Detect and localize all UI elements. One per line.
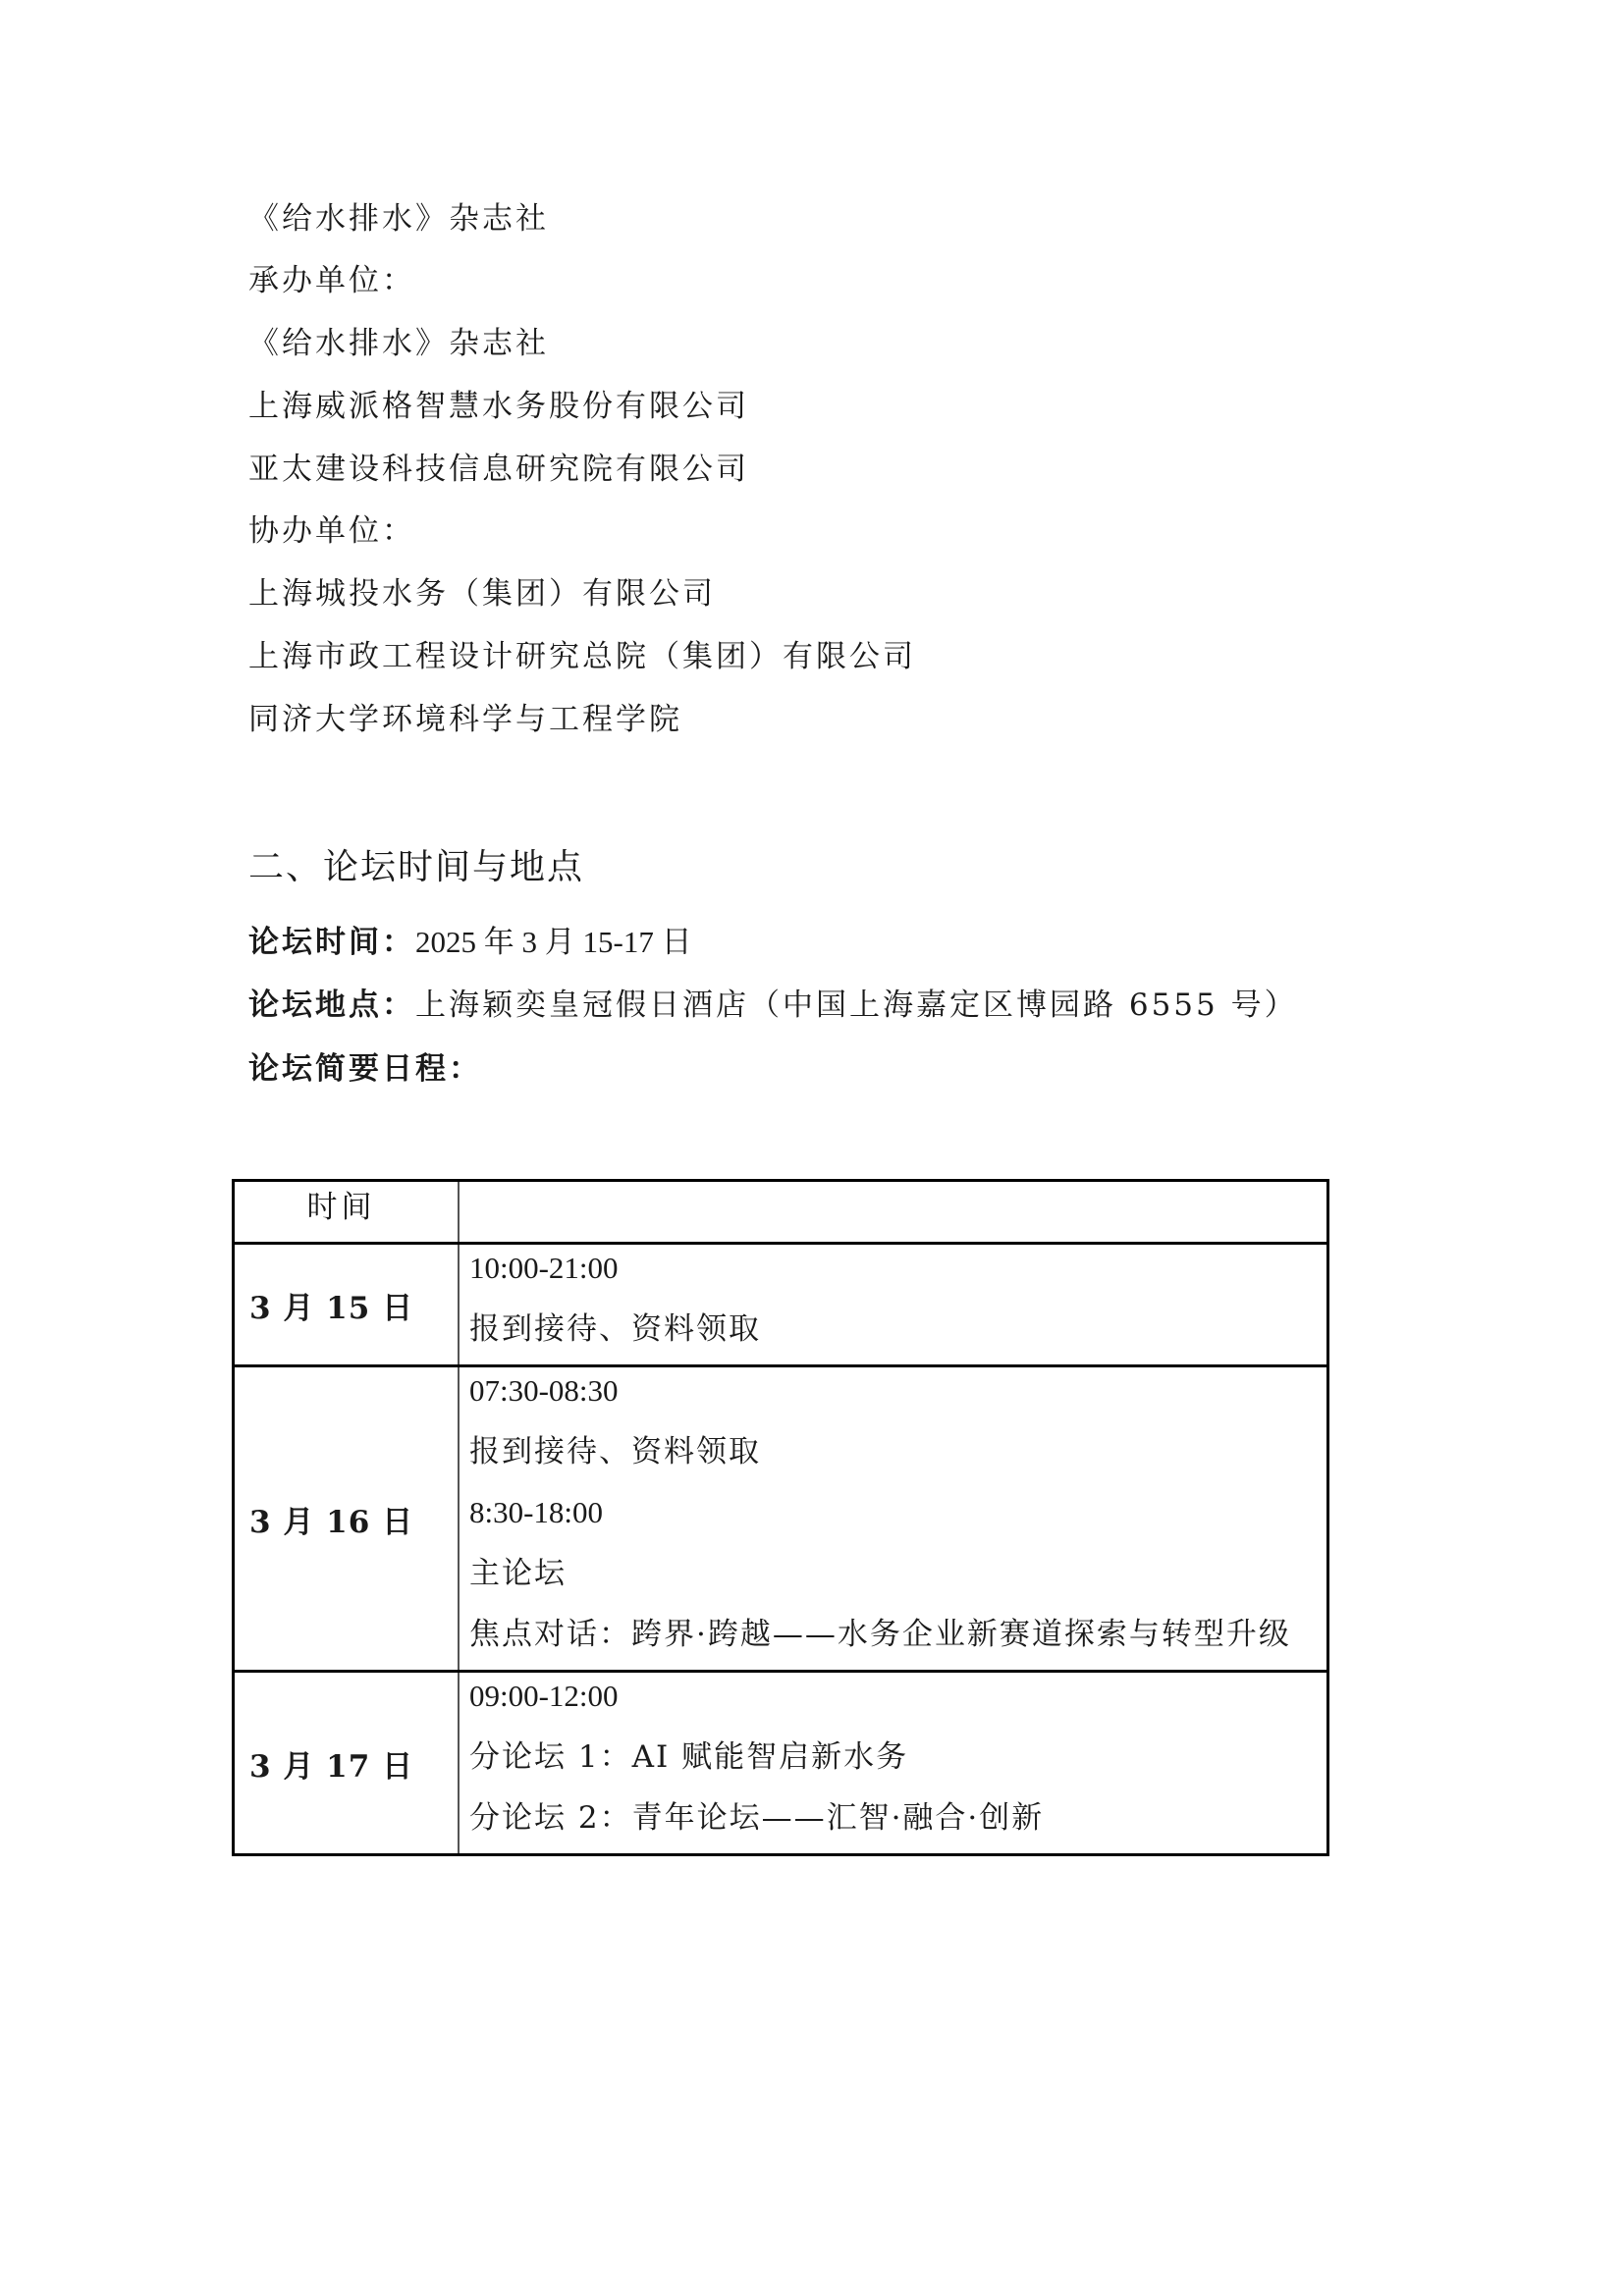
table-row: 3 月 17 日 09:00-12:00 分论坛 1：AI 赋能智启新水务 分论… [234, 1672, 1328, 1855]
time-slot: 09:00-12:00 [469, 1677, 1326, 1737]
activity: 报到接待、资料领取 [469, 1432, 1326, 1493]
forum-place-value: 上海颖奕皇冠假日酒店（中国上海嘉定区博园路 6555 号） [415, 988, 1298, 1023]
assisting-label: 协办单位： [248, 511, 415, 551]
host-organizer: 《给水排水》杂志社 [248, 199, 549, 239]
section-heading: 二、论坛时间与地点 [248, 846, 584, 889]
activity: 主论坛 [469, 1554, 1326, 1615]
table-row: 3 月 16 日 07:30-08:30 报到接待、资料领取 8:30-18:0… [234, 1366, 1328, 1672]
co-organizer-label: 承办单位： [248, 261, 415, 300]
table-row: 3 月 15 日 10:00-21:00 报到接待、资料领取 [234, 1244, 1328, 1366]
assisting-item: 同济大学环境科学与工程学院 [248, 700, 682, 739]
time-slot: 8:30-18:00 [469, 1493, 1326, 1554]
activity: 分论坛 2：青年论坛——汇智·融合·创新 [469, 1798, 1326, 1842]
co-organizer-item: 《给水排水》杂志社 [248, 324, 549, 363]
time-slot: 10:00-21:00 [469, 1249, 1326, 1309]
assisting-item: 上海市政工程设计研究总院（集团）有限公司 [248, 637, 916, 676]
date-cell: 3 月 17 日 [234, 1672, 460, 1855]
activity: 报到接待、资料领取 [469, 1309, 1326, 1353]
forum-time-value: 2025 年 3 月 15-17 日 [415, 925, 692, 959]
activity: 焦点对话：跨界·跨越——水务企业新赛道探索与转型升级 [469, 1615, 1326, 1658]
activity: 分论坛 1：AI 赋能智启新水务 [469, 1737, 1326, 1798]
table-header-row: 时间 [234, 1181, 1328, 1244]
schedule-table: 时间 3 月 15 日 10:00-21:00 报到接待、资料领取 3 月 16… [232, 1179, 1329, 1856]
header-date: 时间 [234, 1181, 460, 1244]
date-cell: 3 月 15 日 [234, 1244, 460, 1366]
content-cell: 10:00-21:00 报到接待、资料领取 [459, 1244, 1328, 1366]
forum-time-label: 论坛时间： [248, 925, 415, 960]
header-content [459, 1181, 1328, 1244]
content-cell: 07:30-08:30 报到接待、资料领取 8:30-18:00 主论坛 焦点对… [459, 1366, 1328, 1672]
forum-place: 论坛地点：上海颖奕皇冠假日酒店（中国上海嘉定区博园路 6555 号） [248, 986, 1298, 1025]
co-organizer-item: 亚太建设科技信息研究院有限公司 [248, 450, 749, 489]
forum-place-label: 论坛地点： [248, 988, 415, 1023]
document-page: 《给水排水》杂志社 承办单位： 《给水排水》杂志社 上海威派格智慧水务股份有限公… [0, 0, 1624, 2296]
date-cell: 3 月 16 日 [234, 1366, 460, 1672]
assisting-item: 上海城投水务（集团）有限公司 [248, 574, 716, 614]
time-slot: 07:30-08:30 [469, 1371, 1326, 1432]
forum-time: 论坛时间：2025 年 3 月 15-17 日 [248, 923, 692, 962]
content-cell: 09:00-12:00 分论坛 1：AI 赋能智启新水务 分论坛 2：青年论坛—… [459, 1672, 1328, 1855]
co-organizer-item: 上海威派格智慧水务股份有限公司 [248, 387, 749, 426]
schedule-label: 论坛简要日程： [248, 1049, 482, 1089]
